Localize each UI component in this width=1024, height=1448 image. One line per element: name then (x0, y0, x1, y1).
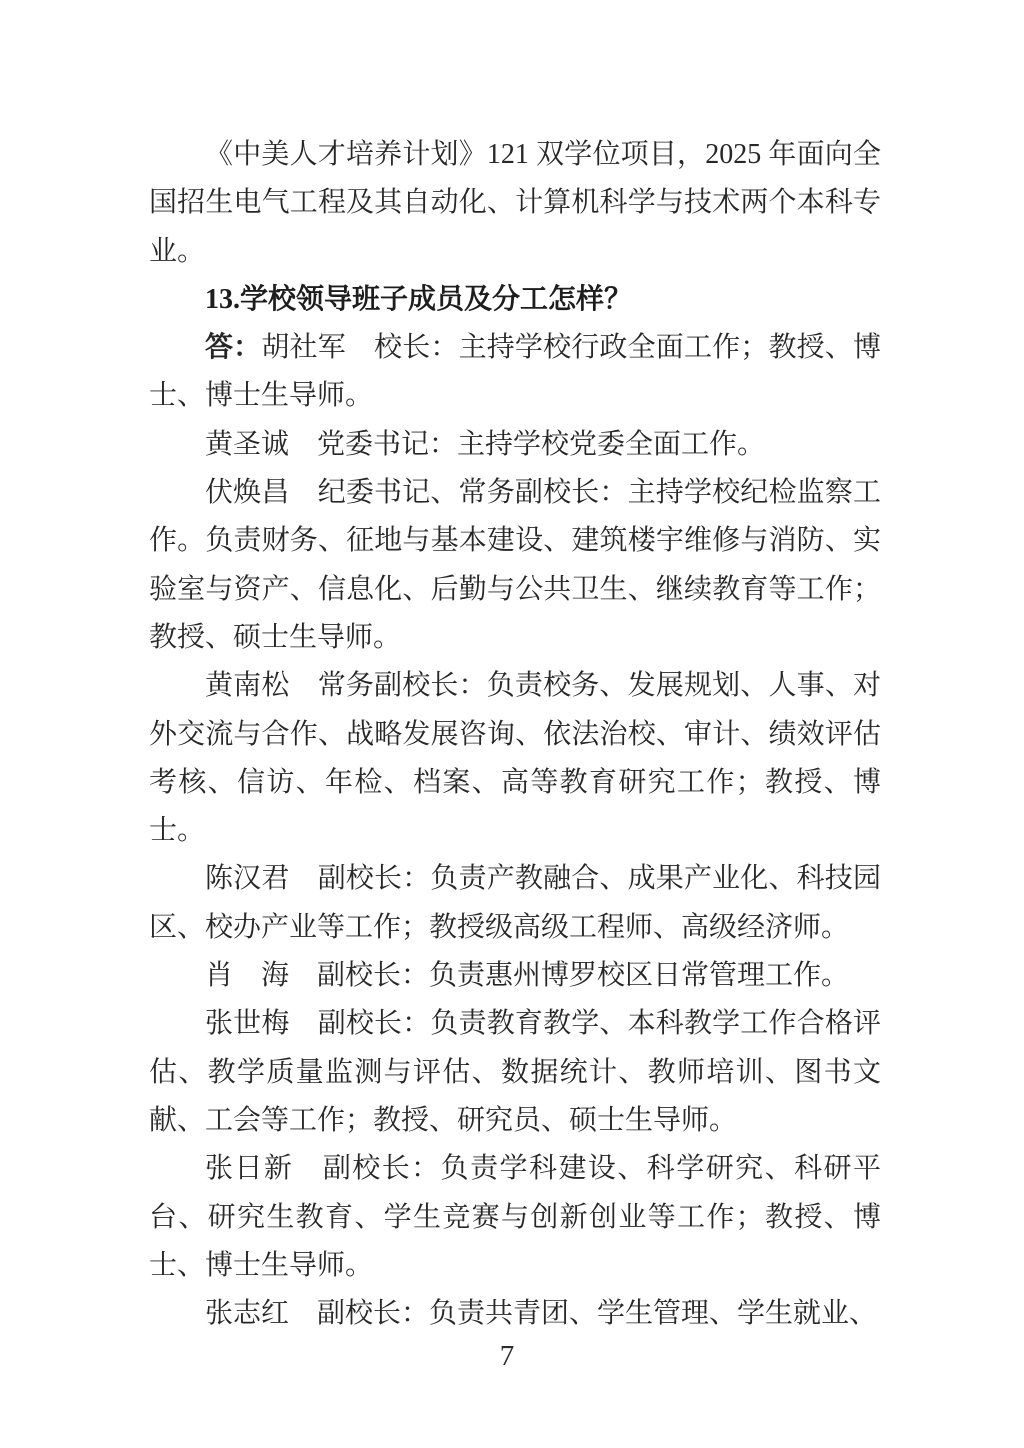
leader-paragraph-chen-hanjun: 陈汉君 副校长：负责产教融合、成果产业化、科技园区、校办产业等工作；教授级高级工… (149, 855, 881, 952)
document-page: 《中美人才培养计划》121 双学位项目，2025 年面向全国招生电气工程及其自动… (0, 0, 1024, 1448)
leader-paragraph-fu-huanchang: 伏焕昌 纪委书记、常务副校长：主持学校纪检监察工作。负责财务、征地与基本建设、建… (149, 469, 881, 662)
document-body: 《中美人才培养计划》121 双学位项目，2025 年面向全国招生电气工程及其自动… (149, 131, 881, 1338)
intro-paragraph: 《中美人才培养计划》121 双学位项目，2025 年面向全国招生电气工程及其自动… (149, 131, 881, 276)
leader-paragraph-zhang-shimei: 张世梅 副校长：负责教育教学、本科教学工作合格评估、教学质量监测与评估、数据统计… (149, 1000, 881, 1145)
leader-paragraph-huang-nansong: 黄南松 常务副校长：负责校务、发展规划、人事、对外交流与合作、战略发展咨询、依法… (149, 662, 881, 855)
leader-paragraph-zhang-zhihong: 张志红 副校长：负责共青团、学生管理、学生就业、 (149, 1290, 881, 1338)
answer-paragraph: 答：胡社军 校长：主持学校行政全面工作；教授、博士、博士生导师。 (149, 324, 881, 421)
leader-paragraph-xiao-hai: 肖 海 副校长：负责惠州博罗校区日常管理工作。 (149, 952, 881, 1000)
leader-paragraph-zhang-rixin: 张日新 副校长：负责学科建设、科学研究、科研平台、研究生教育、学生竞赛与创新创业… (149, 1145, 881, 1290)
question-13-heading: 13.学校领导班子成员及分工怎样？ (149, 276, 881, 324)
leader-paragraph-huang-shengcheng: 黄圣诚 党委书记：主持学校党委全面工作。 (149, 421, 881, 469)
answer-prefix: 答： (205, 332, 261, 363)
page-number: 7 (0, 1336, 1024, 1376)
